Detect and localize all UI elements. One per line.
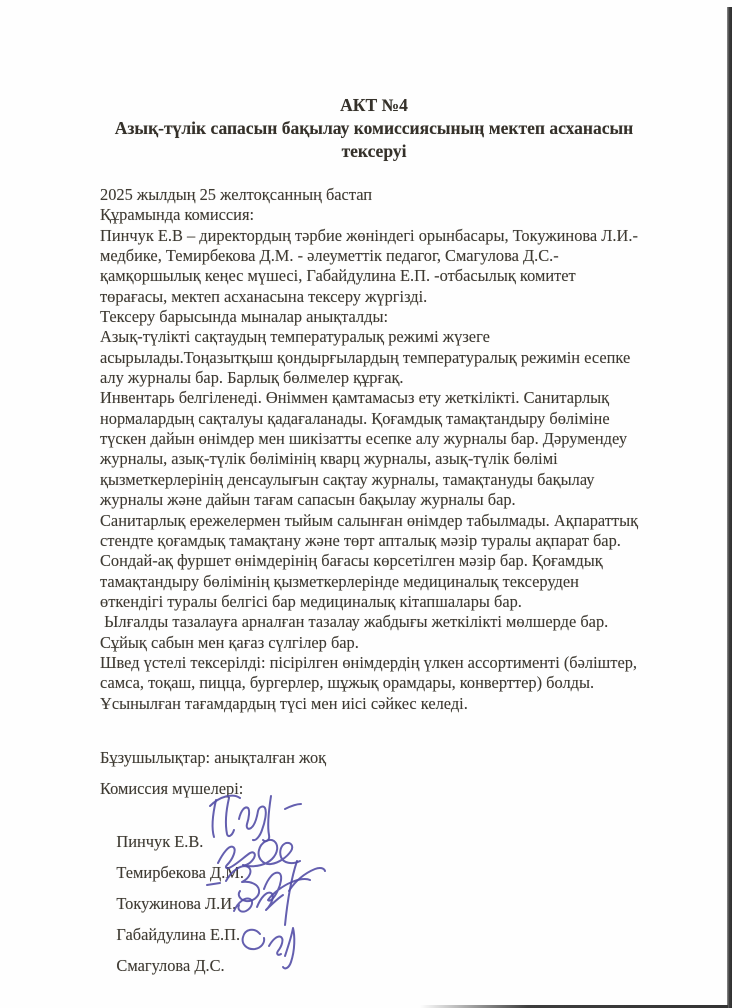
title-line: Азық-түлік сапасын бақылау комиссиясының… [100,117,648,140]
body-line: өткендігі туралы белгісі бар медициналық… [100,592,656,612]
body-line: алу журналы бар. Барлық бөлмелер құрғақ. [100,368,656,388]
body-line: Инвентарь белгіленеді. Өніммен қамтамасы… [100,388,656,408]
body-line: Сондай-ақ фуршет өнімдерінің бағасы көрс… [100,551,656,571]
signatory-name: Смагулова Д.С. [116,956,224,975]
body-line: нормалардың сақталуы қадағаланады. Қоғам… [100,409,656,429]
title-line: АКТ №4 [100,94,648,117]
body-line: Швед үстелі тексерілді: пісірілген өнімд… [100,653,656,673]
body-line: Тексеру барысында мыналар анықталды: [100,307,656,327]
body-line: Құрамында комиссия: [100,205,656,225]
signatory-row: Смагулова Д.С. [100,936,225,996]
body-line: түскен дайын өнімдер мен шикізатты есепк… [100,429,656,449]
title-line: тексеруі [100,140,648,163]
signature-smagulova-icon [236,921,308,975]
body-line: стендте қоғамдық тамақтану және төрт апт… [100,531,656,551]
body-line: Пинчук Е.В – директордың тәрбие жөніндег… [100,226,656,246]
document-scan: АКТ №4 Азық-түлік сапасын бақылау комисс… [0,0,732,1008]
violations-line: Бұзушылықтар: анықталған жоқ [100,748,326,768]
body-line: Сұйық сабын мен қағаз сүлгілер бар. [100,633,656,653]
body-line: Ұсынылған тағамдардың түсі мен иісі сәйк… [100,694,656,714]
body-line: медбике, Темирбекова Д.М. - әлеуметтік п… [100,246,656,266]
body-line: журналы және дайын тағам сапасын бақылау… [100,490,656,510]
signature-gabaydulina-icon [226,853,328,931]
body-line: тамақтандыру бөлімінің қызметкерлерінде … [100,572,656,592]
scan-edge-right [727,7,732,1008]
body-line: төрағасы, мектеп асханасына тексеру жүрг… [100,287,656,307]
body-line: асырылады.Тоңазытқыш қондырғылардың темп… [100,348,656,368]
body-line: самса, тоқаш, пицца, бургерлер, шұжық ор… [100,673,656,693]
doc-body: 2025 жылдың 25 желтоқсанның бастап Құрам… [100,185,656,714]
doc-title: АКТ №4 Азық-түлік сапасын бақылау комисс… [100,94,648,163]
body-line: Ылғалды тазалауға арналған тазалау жабды… [100,612,656,632]
body-line: қызметкерлерінің денсаулығын сақтау журн… [100,470,656,490]
body-line: қамқоршылық кеңес мүшесі, Габайдулина Е.… [100,266,656,286]
body-line: Санитарлық ережелермен тыйым салынған өн… [100,511,656,531]
body-line: 2025 жылдың 25 желтоқсанның бастап [100,185,656,205]
body-line: Азық-түлікті сақтаудың температуралық ре… [100,327,656,347]
body-line: журналы, азық-түлік бөлімінің кварц журн… [100,449,656,469]
